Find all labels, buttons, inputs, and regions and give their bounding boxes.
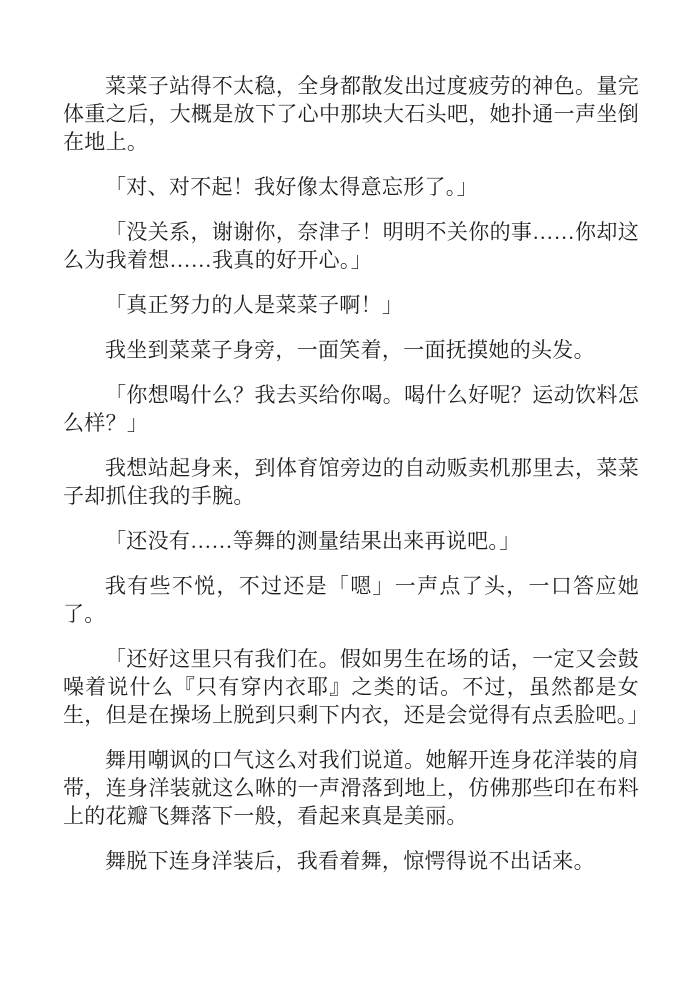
paragraph-narration-1: 菜菜子站得不太稳，全身都散发出过度疲劳的神色。量完体重之后，大概是放下了心中那块… bbox=[63, 72, 639, 156]
paragraph-narration-5: 舞用嘲讽的口气这么对我们说道。她解开连身花洋装的肩带，连身洋装就这么咻的一声滑落… bbox=[63, 746, 639, 830]
paragraph-dialogue-1: 「对、对不起！我好像太得意忘形了。」 bbox=[63, 173, 639, 201]
paragraph-narration-6: 舞脱下连身洋装后，我看着舞，惊愕得说不出话来。 bbox=[63, 847, 639, 875]
paragraph-dialogue-5: 「还没有……等舞的测量结果出来再说吧。」 bbox=[63, 527, 639, 555]
paragraph-narration-3: 我想站起身来，到体育馆旁边的自动贩卖机那里去，菜菜子却抓住我的手腕。 bbox=[63, 454, 639, 510]
paragraph-narration-2: 我坐到菜菜子身旁，一面笑着，一面抚摸她的头发。 bbox=[63, 336, 639, 364]
paragraph-dialogue-6: 「还好这里只有我们在。假如男生在场的话，一定又会鼓噪着说什么『只有穿内衣耶』之类… bbox=[63, 645, 639, 729]
paragraph-dialogue-2: 「没关系，谢谢你，奈津子！明明不关你的事……你却这么为我着想……我真的好开心。」 bbox=[63, 218, 639, 274]
paragraph-dialogue-3: 「真正努力的人是菜菜子啊！」 bbox=[63, 291, 639, 319]
paragraph-dialogue-4: 「你想喝什么？我去买给你喝。喝什么好呢？运动饮料怎么样？」 bbox=[63, 381, 639, 437]
paragraph-narration-4: 我有些不悦，不过还是「嗯」一声点了头，一口答应她了。 bbox=[63, 572, 639, 628]
novel-page: 菜菜子站得不太稳，全身都散发出过度疲劳的神色。量完体重之后，大概是放下了心中那块… bbox=[0, 0, 700, 992]
